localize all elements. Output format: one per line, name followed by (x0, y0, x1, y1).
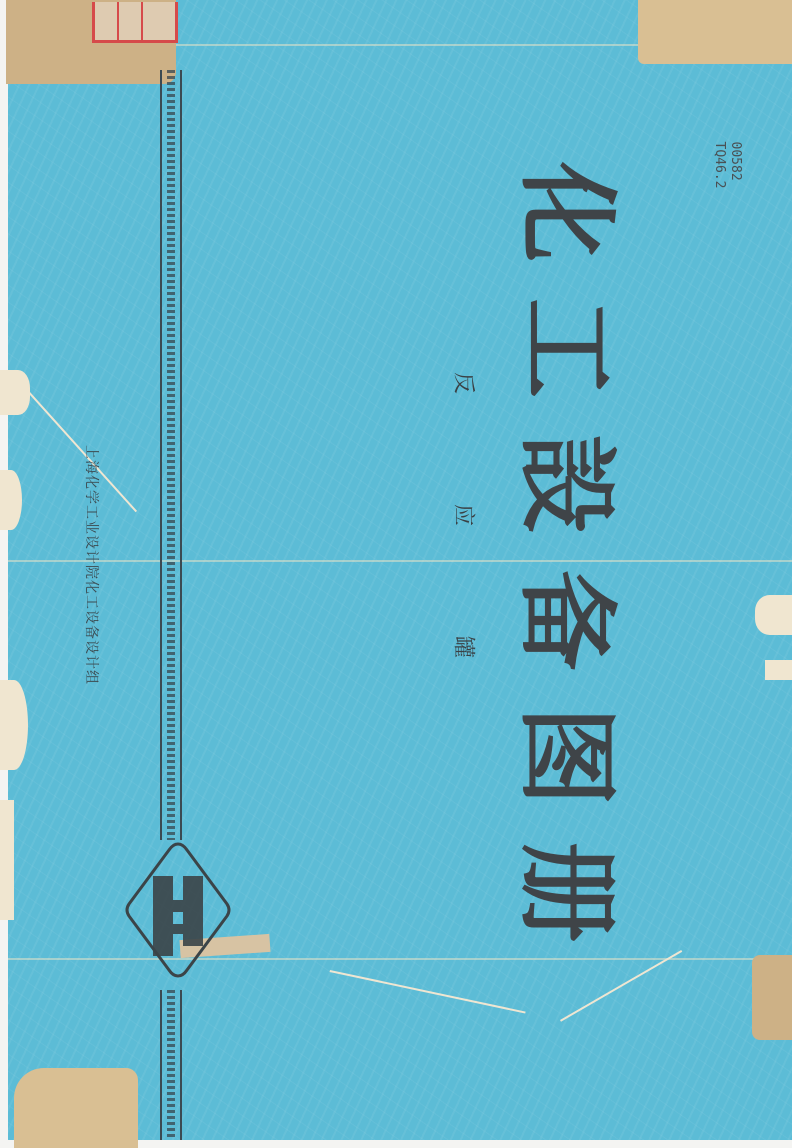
tear (0, 680, 28, 770)
library-stamp (92, 2, 178, 43)
tear (765, 660, 792, 680)
title-block: 化工設备图册 (500, 190, 650, 950)
decorative-band (160, 990, 182, 1140)
catalog-numbers: 00582 TQ46.2 (711, 142, 743, 189)
tape-bottom-left (14, 1068, 138, 1148)
tear (755, 595, 792, 635)
tape-bottom-right (752, 955, 792, 1040)
decorative-band (160, 70, 182, 840)
fold-line (8, 560, 792, 562)
diamond-emblem-icon (123, 840, 233, 980)
tear (0, 470, 22, 530)
tear (0, 370, 30, 415)
book-title: 化工設备图册 (503, 162, 647, 978)
catalog-number: 00582 (727, 142, 743, 189)
tear (0, 800, 14, 920)
call-number: TQ46.2 (711, 142, 727, 189)
tape-top-right (638, 0, 792, 64)
book-subtitle: 反应罐 (450, 372, 481, 768)
publisher-name: 上海化学工业设计院化工设备设计组 (82, 445, 102, 685)
